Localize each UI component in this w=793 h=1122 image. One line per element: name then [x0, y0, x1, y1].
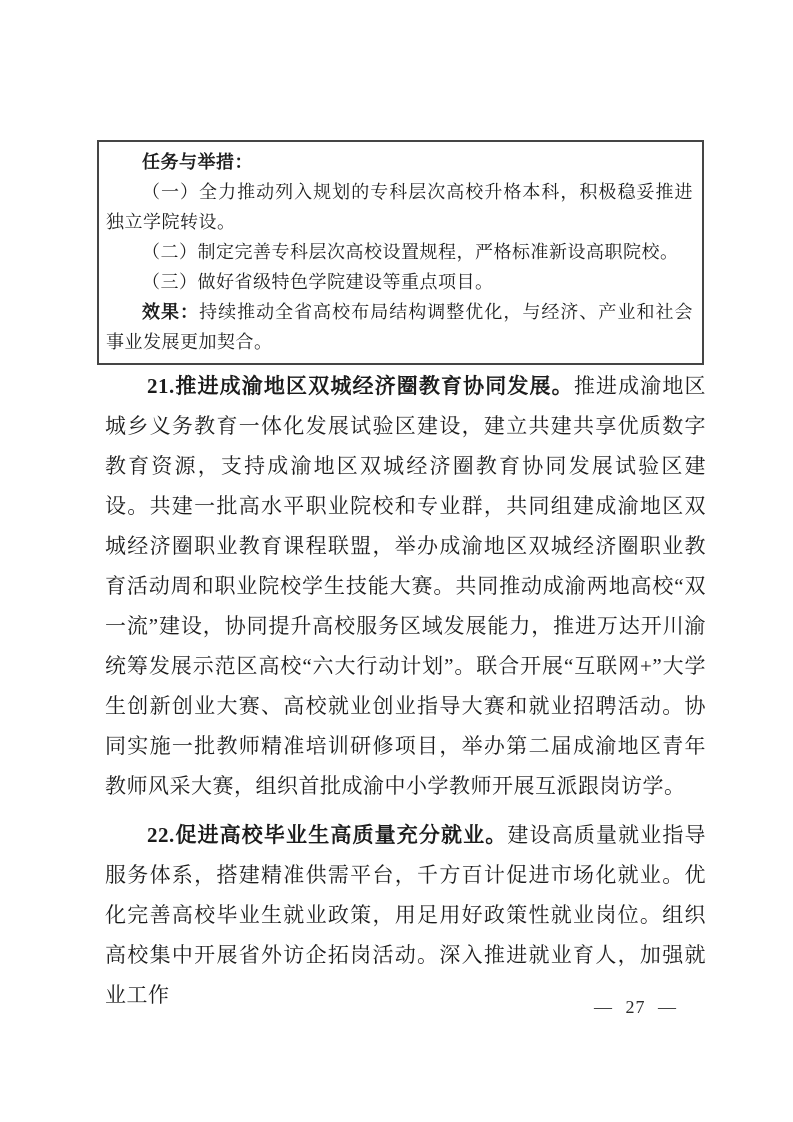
effect-label: 效果： [142, 302, 199, 322]
paragraph-22-body: 建设高质量就业指导服务体系，搭建精准供需平台，千方百计促进市场化就业。优化完善高… [105, 823, 706, 1007]
task-item-1: （一）全力推动列入规划的专科层次高校升格本科，积极稳妥推进独立学院转设。 [106, 177, 693, 237]
task-item-2: （二）制定完善专科层次高校设置规程，严格标准新设高职院校。 [106, 237, 693, 267]
paragraph-21-body: 推进成渝地区城乡义务教育一体化发展试验区建设，建立共建共享优质数字教育资源，支持… [105, 374, 706, 798]
task-item-3: （三）做好省级特色学院建设等重点项目。 [106, 267, 693, 297]
paragraph-21-lead: 21.推进成渝地区双城经济圈教育协同发展。 [147, 374, 574, 398]
paragraph-21: 21.推进成渝地区双城经济圈教育协同发展。推进成渝地区城乡义务教育一体化发展试验… [105, 366, 706, 806]
document-page: 任务与举措： （一）全力推动列入规划的专科层次高校升格本科，积极稳妥推进独立学院… [0, 0, 793, 1122]
task-effect: 效果：持续推动全省高校布局结构调整优化，与经济、产业和社会事业发展更加契合。 [106, 297, 693, 357]
task-box: 任务与举措： （一）全力推动列入规划的专科层次高校升格本科，积极稳妥推进独立学院… [97, 140, 704, 365]
page-number: — 27 — [594, 997, 677, 1018]
document-body: 21.推进成渝地区双城经济圈教育协同发展。推进成渝地区城乡义务教育一体化发展试验… [105, 366, 706, 1015]
paragraph-22: 22.促进高校毕业生高质量充分就业。建设高质量就业指导服务体系，搭建精准供需平台… [105, 815, 706, 1015]
task-box-heading: 任务与举措： [106, 147, 693, 177]
paragraph-22-lead: 22.促进高校毕业生高质量充分就业。 [147, 823, 507, 847]
